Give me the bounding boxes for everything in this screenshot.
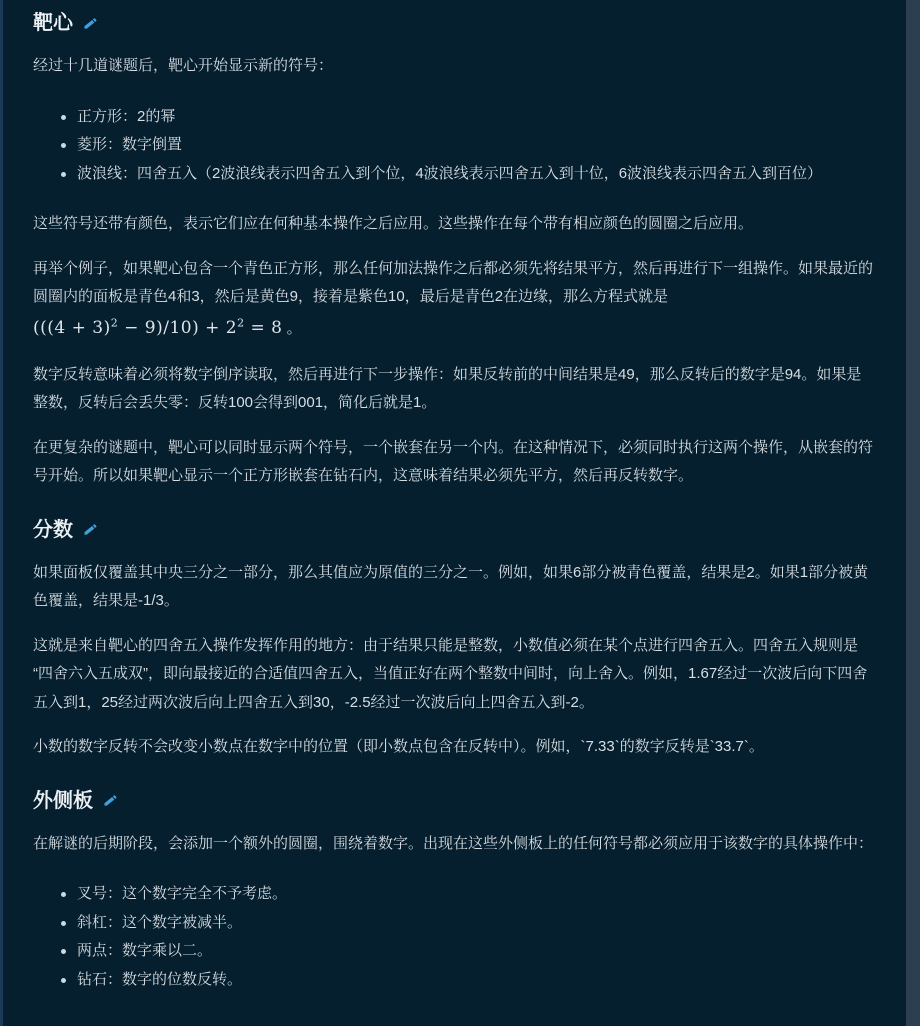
list-item: 菱形：数字倒置 [61, 131, 873, 160]
list-item: 波浪线：四舍五入（2波浪线表示四舍五入到个位，4波浪线表示四舍五入到十位，6波浪… [61, 160, 873, 189]
paragraph: 在解谜的后期阶段，会添加一个额外的圆圈，围绕着数字。出现在这些外侧板上的任何符号… [33, 830, 873, 859]
paragraph-with-formula: 再举个例子，如果靶心包含一个青色正方形，那么任何加法操作之后都必须先将结果平方，… [33, 255, 873, 345]
paragraph: 如果面板仅覆盖其中央三分之一部分，那么其值应为原值的三分之一。例如，如果6部分被… [33, 559, 873, 616]
math-formula: (((4 + 3)2 − 9)/10) + 22 = 8 。 [33, 318, 302, 338]
wiki-article-panel: 靶心 经过十几道谜题后，靶心开始显示新的符号： 正方形：2的幂 菱形：数字倒置 … [0, 0, 920, 1026]
list-item: 叉号：这个数字完全不予考虑。 [61, 880, 873, 909]
paragraph: 这就是来自靶心的四舍五入操作发挥作用的地方：由于结果只能是整数，小数值必须在某个… [33, 632, 873, 718]
list-item: 钻石：数字的位数反转。 [61, 966, 873, 995]
edit-pencil-icon[interactable] [83, 16, 98, 31]
section-heading-text: 分数 [33, 517, 73, 543]
list-item: 两点：数字乘以二。 [61, 937, 873, 966]
edit-pencil-icon[interactable] [103, 793, 118, 808]
section-heading-text: 外侧板 [33, 788, 93, 814]
outer-panel-symbol-list: 叉号：这个数字完全不予考虑。 斜杠：这个数字被减半。 两点：数字乘以二。 钻石：… [33, 880, 873, 994]
scrollbar[interactable] [906, 0, 920, 1026]
section-heading-fractions: 分数 [33, 517, 873, 543]
section-heading-outer-panels: 外侧板 [33, 788, 873, 814]
list-item: 斜杠：这个数字被减半。 [61, 909, 873, 938]
paragraph: 数字反转意味着必须将数字倒序读取，然后再进行下一步操作：如果反转前的中间结果是4… [33, 361, 873, 418]
article-content: 靶心 经过十几道谜题后，靶心开始显示新的符号： 正方形：2的幂 菱形：数字倒置 … [3, 0, 909, 1026]
list-item: 正方形：2的幂 [61, 103, 873, 132]
edit-pencil-icon[interactable] [83, 522, 98, 537]
paragraph: 小数的数字反转不会改变小数点在数字中的位置（即小数点包含在反转中）。例如，`7.… [33, 733, 873, 762]
symbol-list: 正方形：2的幂 菱形：数字倒置 波浪线：四舍五入（2波浪线表示四舍五入到个位，4… [33, 103, 873, 189]
paragraph: 这些符号还带有颜色，表示它们应在何种基本操作之后应用。这些操作在每个带有相应颜色… [33, 210, 873, 239]
paragraph-text: 再举个例子，如果靶心包含一个青色正方形，那么任何加法操作之后都必须先将结果平方，… [33, 260, 873, 306]
paragraph: 在更复杂的谜题中，靶心可以同时显示两个符号，一个嵌套在另一个内。在这种情况下，必… [33, 434, 873, 491]
section-heading-text: 靶心 [33, 10, 73, 36]
paragraph: 经过十几道谜题后，靶心开始显示新的符号： [33, 52, 873, 81]
section-heading-bullseye: 靶心 [33, 10, 873, 36]
